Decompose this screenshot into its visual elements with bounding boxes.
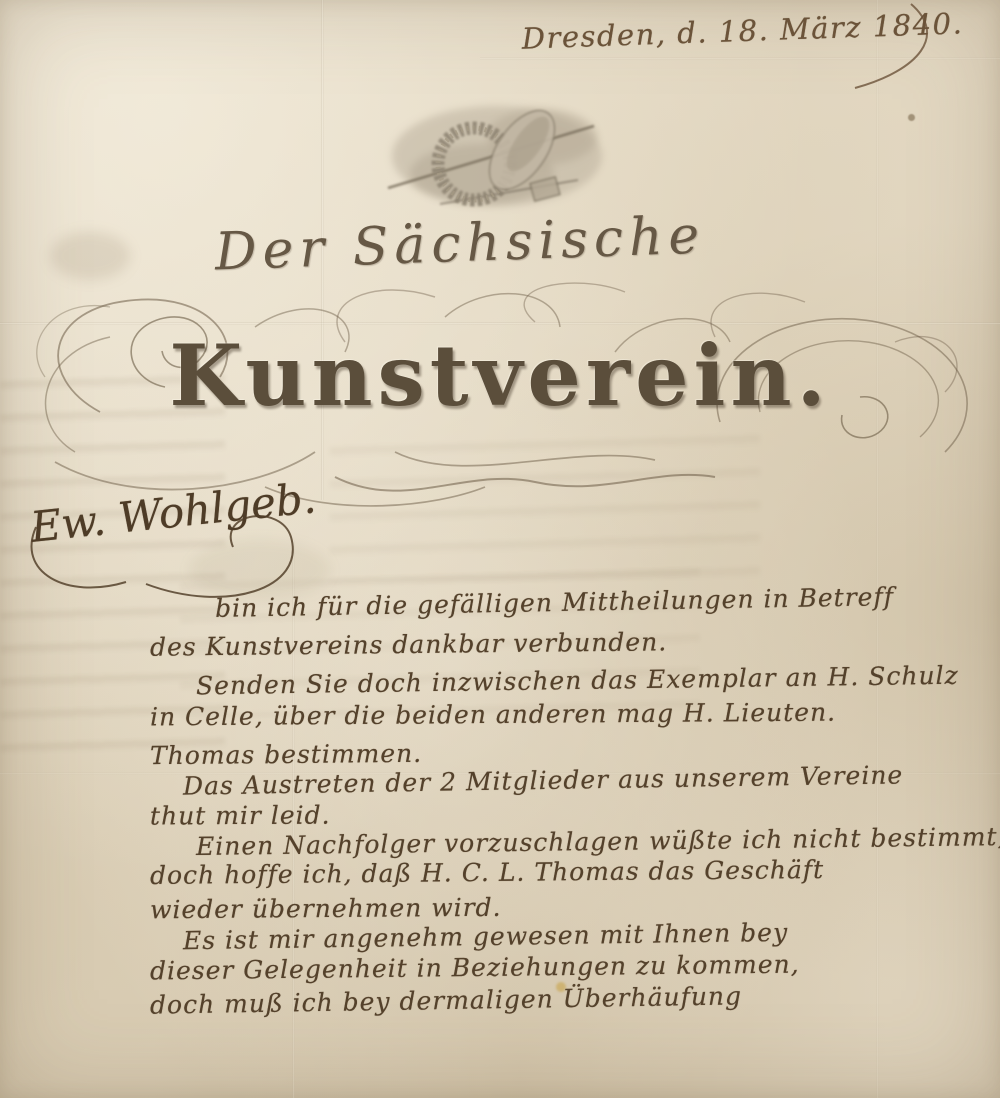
handwritten-line: dieser Gelegenheit in Beziehungen zu kom… [150, 950, 800, 986]
handwritten-line: doch muß ich bey dermaligen Überhäufung [150, 981, 742, 1019]
handwritten-line: Thomas bestimmen. [150, 739, 422, 770]
handwritten-line: in Celle, über die beiden anderen mag H.… [150, 698, 836, 732]
ink-speck [908, 114, 915, 121]
letterhead-title: Kunstverein. [110, 326, 890, 425]
handwritten-line: Senden Sie doch inzwischen das Exemplar … [196, 661, 959, 701]
laurel-wreath-emblem-icon [382, 92, 612, 220]
handwritten-line: wieder übernehmen wird. [150, 893, 502, 924]
fold-crease-vertical-right [876, 0, 879, 1098]
letterhead-prefix: Der Sächsische [169, 204, 751, 284]
ink-smudge-stain [50, 232, 130, 280]
handwritten-line: doch hoffe ich, daß H. C. L. Thomas das … [150, 855, 824, 890]
handwritten-line: des Kunstvereins dankbar verbunden. [150, 627, 667, 661]
handwritten-line: thut mir leid. [150, 801, 331, 831]
letter-scan-page: Dresden, d. 18. März 1840. Der Sächsisch… [0, 0, 1000, 1098]
dateline-paraph-flourish [845, 0, 955, 92]
handwritten-line: Es ist mir angenehm gewesen mit Ihnen be… [183, 918, 788, 955]
